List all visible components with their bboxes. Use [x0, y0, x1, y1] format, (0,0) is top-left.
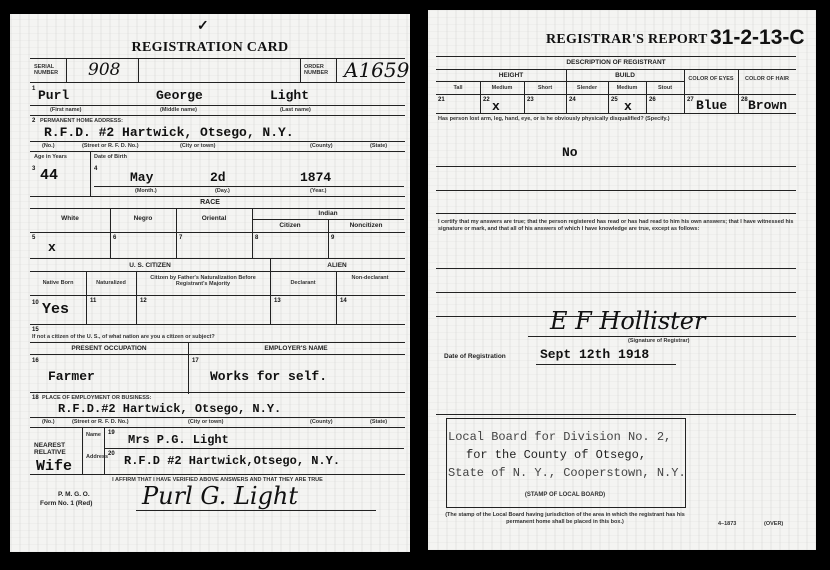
- hair-color-value: Brown: [748, 98, 787, 113]
- stamp-line-1: Local Board for Division No. 2,: [448, 430, 671, 444]
- certification-text: I certify that my answers are true; that…: [438, 219, 794, 233]
- citizen-column-header: Naturalized: [86, 280, 136, 286]
- indian-heading: Indian: [252, 210, 404, 217]
- height-medium-value: x: [492, 99, 500, 114]
- employment-place-value: R.F.D.#2 Hartwick, Otsego, N.Y.: [58, 402, 281, 416]
- birth-caption: (Month.): [135, 188, 157, 194]
- height-column-header: Tall: [436, 85, 480, 91]
- citizen-column-header: Native Born: [30, 280, 86, 286]
- field-number: 20: [108, 451, 115, 457]
- birth-label: Date of Birth: [94, 154, 127, 160]
- nearest-relative-label: NEAREST RELATIVE: [34, 442, 74, 456]
- field-number: 22: [483, 97, 490, 103]
- birth-year: 1874: [300, 170, 331, 185]
- home-address: R.F.D. #2 Hartwick, Otsego, N.Y.: [44, 125, 294, 140]
- field-number: 2: [32, 118, 35, 124]
- field-number: 15: [32, 327, 39, 333]
- registration-date-value: Sept 12th 1918: [540, 347, 649, 362]
- registrant-signature: Purl G. Light: [142, 482, 298, 510]
- field-number: 17: [192, 358, 199, 364]
- race-column-header: Noncitizen: [328, 222, 404, 229]
- disability-question: Has person lost arm, leg, hand, eye, or …: [438, 116, 794, 123]
- field-number: 24: [569, 97, 576, 103]
- stamp-note: (The stamp of the Local Board having jur…: [440, 512, 690, 526]
- occupation-value: Farmer: [48, 369, 95, 384]
- build-medium-value: x: [624, 99, 632, 114]
- field-number: 10: [32, 300, 39, 306]
- birth-caption: (Year.): [310, 188, 327, 194]
- field-number: 23: [527, 97, 534, 103]
- occupation-heading: PRESENT OCCUPATION: [30, 345, 188, 352]
- address-caption: (Street or R. F. D. No.): [82, 143, 139, 149]
- field-number: 9: [331, 235, 334, 241]
- age-label: Age in Years: [34, 154, 67, 160]
- not-citizen-question: If not a citizen of the U. S., of what n…: [32, 334, 215, 340]
- address-caption: (No.): [42, 143, 55, 149]
- registration-date-label: Date of Registration: [444, 353, 506, 360]
- report-code: 31-2-13-C: [710, 26, 805, 50]
- form-id: P. M. G. O.: [58, 491, 90, 498]
- height-column-header: Medium: [480, 85, 524, 91]
- field-number: 25: [611, 97, 618, 103]
- field-number: 6: [113, 235, 116, 241]
- employer-value: Works for self.: [210, 369, 327, 384]
- height-column-header: Short: [524, 85, 566, 91]
- registrars-report-back: REGISTRAR'S REPORT 31-2-13-C DESCRIPTION…: [428, 10, 816, 550]
- field-number: 8: [255, 235, 258, 241]
- eye-color-value: Blue: [696, 98, 727, 113]
- card-title: REGISTRATION CARD: [10, 40, 410, 56]
- hair-color-heading: COLOR OF HAIR: [738, 76, 796, 83]
- field-number: 18: [32, 395, 39, 401]
- first-name-caption: (First name): [50, 107, 81, 113]
- race-column-header: White: [30, 215, 110, 222]
- relative-name: Mrs P.G. Light: [128, 433, 229, 447]
- birth-month: May: [130, 170, 153, 185]
- field-number: 13: [274, 298, 281, 304]
- field-number: 19: [108, 430, 115, 436]
- address-caption: (State): [370, 143, 387, 149]
- employment-caption: (State): [370, 419, 387, 425]
- build-heading: BUILD: [566, 72, 684, 79]
- field-number: 7: [179, 235, 182, 241]
- registrar-signature: E F Hollister: [550, 307, 705, 335]
- birth-caption: (Day.): [215, 188, 230, 194]
- stamp-line-3: State of N. Y., Cooperstown, N.Y.: [448, 466, 686, 480]
- address-label: PERMANENT HOME ADDRESS:: [40, 118, 123, 124]
- serial-number-value: 908: [88, 60, 120, 80]
- race-column-header: Negro: [110, 215, 176, 222]
- employer-heading: EMPLOYER'S NAME: [188, 345, 404, 352]
- field-number: 12: [140, 298, 147, 304]
- registration-card-front: ✓ REGISTRATION CARD SERIAL NUMBER 908 OR…: [10, 14, 410, 552]
- field-number: 5: [32, 235, 35, 241]
- relative-relation: Wife: [36, 458, 72, 475]
- employment-caption: (City or town): [188, 419, 223, 425]
- field-number: 16: [32, 358, 39, 364]
- birth-day: 2d: [210, 170, 226, 185]
- race-column-header: Citizen: [252, 222, 328, 229]
- employment-place-label: PLACE OF EMPLOYMENT OR BUSINESS:: [42, 395, 151, 401]
- check-mark-icon: ✓: [197, 18, 209, 35]
- field-number: 4: [94, 166, 97, 172]
- form-number: Form No. 1 (Red): [40, 500, 92, 507]
- build-column-header: Slender: [566, 85, 608, 91]
- build-column-header: Stout: [646, 85, 684, 91]
- relative-name-label: Name: [86, 432, 101, 438]
- field-number: 11: [90, 298, 96, 304]
- field-number: 3: [32, 166, 35, 172]
- native-born-value: Yes: [42, 301, 69, 318]
- field-number: 21: [438, 97, 445, 103]
- disability-answer: No: [562, 145, 578, 160]
- age-value: 44: [40, 167, 58, 184]
- employment-caption: (No.): [42, 419, 55, 425]
- last-name-caption: (Last name): [280, 107, 311, 113]
- last-name: Light: [270, 88, 309, 103]
- field-number: 1: [32, 86, 35, 92]
- field-number: 26: [649, 97, 656, 103]
- height-heading: HEIGHT: [436, 72, 586, 79]
- footer-form-code: 4–1873: [718, 521, 736, 527]
- stamp-line-2: for the County of Otsego,: [466, 448, 646, 462]
- employment-caption: (County): [310, 419, 333, 425]
- citizen-column-header: Declarant: [270, 280, 336, 286]
- order-number-label: ORDER NUMBER: [304, 64, 334, 76]
- serial-number-label: SERIAL NUMBER: [34, 64, 64, 76]
- race-heading: RACE: [10, 199, 410, 206]
- field-number: 14: [340, 298, 347, 304]
- field-number: 27: [687, 97, 694, 103]
- us-citizen-heading: U. S. CITIZEN: [30, 262, 270, 269]
- race-white-value: x: [48, 240, 56, 255]
- race-column-header: Oriental: [176, 215, 252, 222]
- address-caption: (City or town): [180, 143, 215, 149]
- alien-heading: ALIEN: [270, 262, 404, 269]
- middle-name: George: [156, 88, 203, 103]
- stamp-caption: (STAMP OF LOCAL BOARD): [446, 492, 684, 498]
- registrar-signature-caption: (Signature of Registrar): [628, 338, 689, 344]
- middle-name-caption: (Middle name): [160, 107, 197, 113]
- citizen-column-header: Citizen by Father's Naturalization Befor…: [140, 275, 266, 287]
- relative-address: R.F.D #2 Hartwick,Otsego, N.Y.: [124, 454, 340, 468]
- citizen-column-header: Non-declarant: [340, 275, 400, 281]
- first-name: Purl: [38, 88, 69, 103]
- address-caption: (County): [310, 143, 333, 149]
- field-number: 28: [741, 97, 748, 103]
- eye-color-heading: COLOR OF EYES: [684, 76, 738, 83]
- report-title: REGISTRAR'S REPORT: [546, 32, 708, 48]
- order-number-value: A1659: [344, 58, 409, 82]
- employment-caption: (Street or R. F. D. No.): [72, 419, 129, 425]
- build-column-header: Medium: [608, 85, 646, 91]
- description-heading: DESCRIPTION OF REGISTRANT: [436, 59, 796, 66]
- footer-over: (OVER): [764, 521, 783, 527]
